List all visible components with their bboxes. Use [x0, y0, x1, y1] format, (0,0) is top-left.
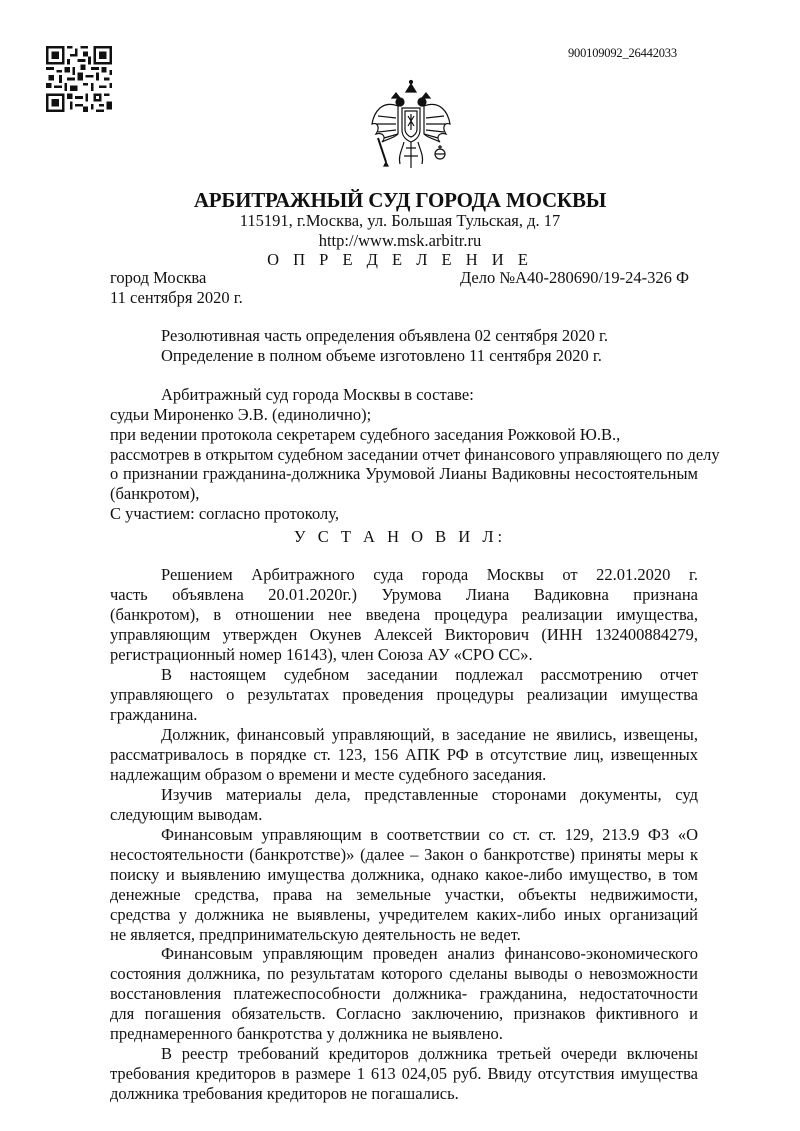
document-type-title: О П Р Е Д Е Л Е Н И Е	[0, 250, 800, 270]
paragraph-line: В настоящем судебном заседании подлежал …	[161, 665, 698, 685]
paragraph-line: состояния должника, по результатам котор…	[110, 964, 698, 984]
composition-line: при ведении протокола секретарем судебно…	[110, 425, 620, 445]
paragraph-line: Решением Арбитражного суда города Москвы…	[161, 565, 698, 585]
document-id: 900109092_26442033	[568, 46, 677, 61]
section-heading: У С Т А Н О В И Л:	[0, 527, 800, 547]
paragraph-line: Должник, финансовый управляющий, в засед…	[161, 725, 698, 745]
paragraph-line: поиску и выявлению имущества должника, о…	[110, 865, 698, 885]
document-date: 11 сентября 2020 г.	[110, 288, 243, 308]
coat-of-arms-icon	[368, 78, 454, 172]
composition-line: судьи Мироненко Э.В. (единолично);	[110, 405, 371, 425]
composition-line: о признании гражданина-должника Урумовой…	[110, 464, 698, 484]
paragraph-line: В реестр требований кредиторов должника …	[161, 1044, 698, 1064]
paragraph-line: рассматривалось в порядке ст. 123, 156 А…	[110, 745, 698, 765]
paragraph-line: управляющего о результатах проведения пр…	[110, 685, 698, 705]
resolution-announcement: Резолютивная часть определения объявлена…	[161, 326, 608, 346]
paragraph-line: следующим выводам.	[110, 805, 262, 825]
paragraph-line: денежные средства, права на земельные уч…	[110, 885, 698, 905]
document-page: 900109092_26442033	[0, 0, 800, 1131]
composition-line: С участием: согласно протоколу,	[110, 504, 339, 524]
paragraph-line: управляющим утвержден Окунев Алексей Вик…	[110, 625, 698, 645]
paragraph-line: должника требования кредиторов не погаша…	[110, 1084, 459, 1104]
composition-line: Арбитражный суд города Москвы в составе:	[161, 385, 474, 405]
court-name: АРБИТРАЖНЫЙ СУД ГОРОДА МОСКВЫ	[0, 188, 800, 213]
paragraph-line: гражданина.	[110, 705, 197, 725]
paragraph-line: не является, предпринимательскую деятель…	[110, 925, 521, 945]
paragraph-line: несостоятельности (банкротстве)» (далее …	[110, 845, 698, 865]
paragraph-line: (банкротом), в отношении нее введена про…	[110, 605, 698, 625]
paragraph-line: Изучив материалы дела, представленные ст…	[161, 785, 698, 805]
paragraph-line: требования кредиторов в размере 1 613 02…	[110, 1064, 698, 1084]
paragraph-line: часть объявлена 20.01.2020г.) Урумова Ли…	[110, 585, 698, 605]
case-number: Дело №А40-280690/19-24-326 Ф	[460, 268, 689, 288]
court-website: http://www.msk.arbitr.ru	[0, 231, 800, 251]
paragraph-line: преднамеренного банкротства у должника н…	[110, 1024, 503, 1044]
composition-line: рассмотрев в открытом судебном заседании…	[110, 445, 720, 465]
paragraph-line: для погашения обязательств. Согласно зак…	[110, 1004, 698, 1024]
court-address: 115191, г.Москва, ул. Большая Тульская, …	[0, 211, 800, 231]
city: город Москва	[110, 268, 206, 288]
qr-code-icon	[46, 46, 112, 112]
full-text-date: Определение в полном объеме изготовлено …	[161, 346, 602, 366]
paragraph-line: восстановления платежеспособности должни…	[110, 984, 698, 1004]
paragraph-line: Финансовым управляющим проведен анализ ф…	[161, 944, 698, 964]
paragraph-line: надлежащим образом о времени и месте суд…	[110, 765, 546, 785]
paragraph-line: средства у должника не выявлены, учредит…	[110, 905, 698, 925]
paragraph-line: регистрационный номер 16143), член Союза…	[110, 645, 533, 665]
paragraph-line: Финансовым управляющим в соответствии со…	[161, 825, 698, 845]
composition-line: (банкротом),	[110, 484, 199, 504]
